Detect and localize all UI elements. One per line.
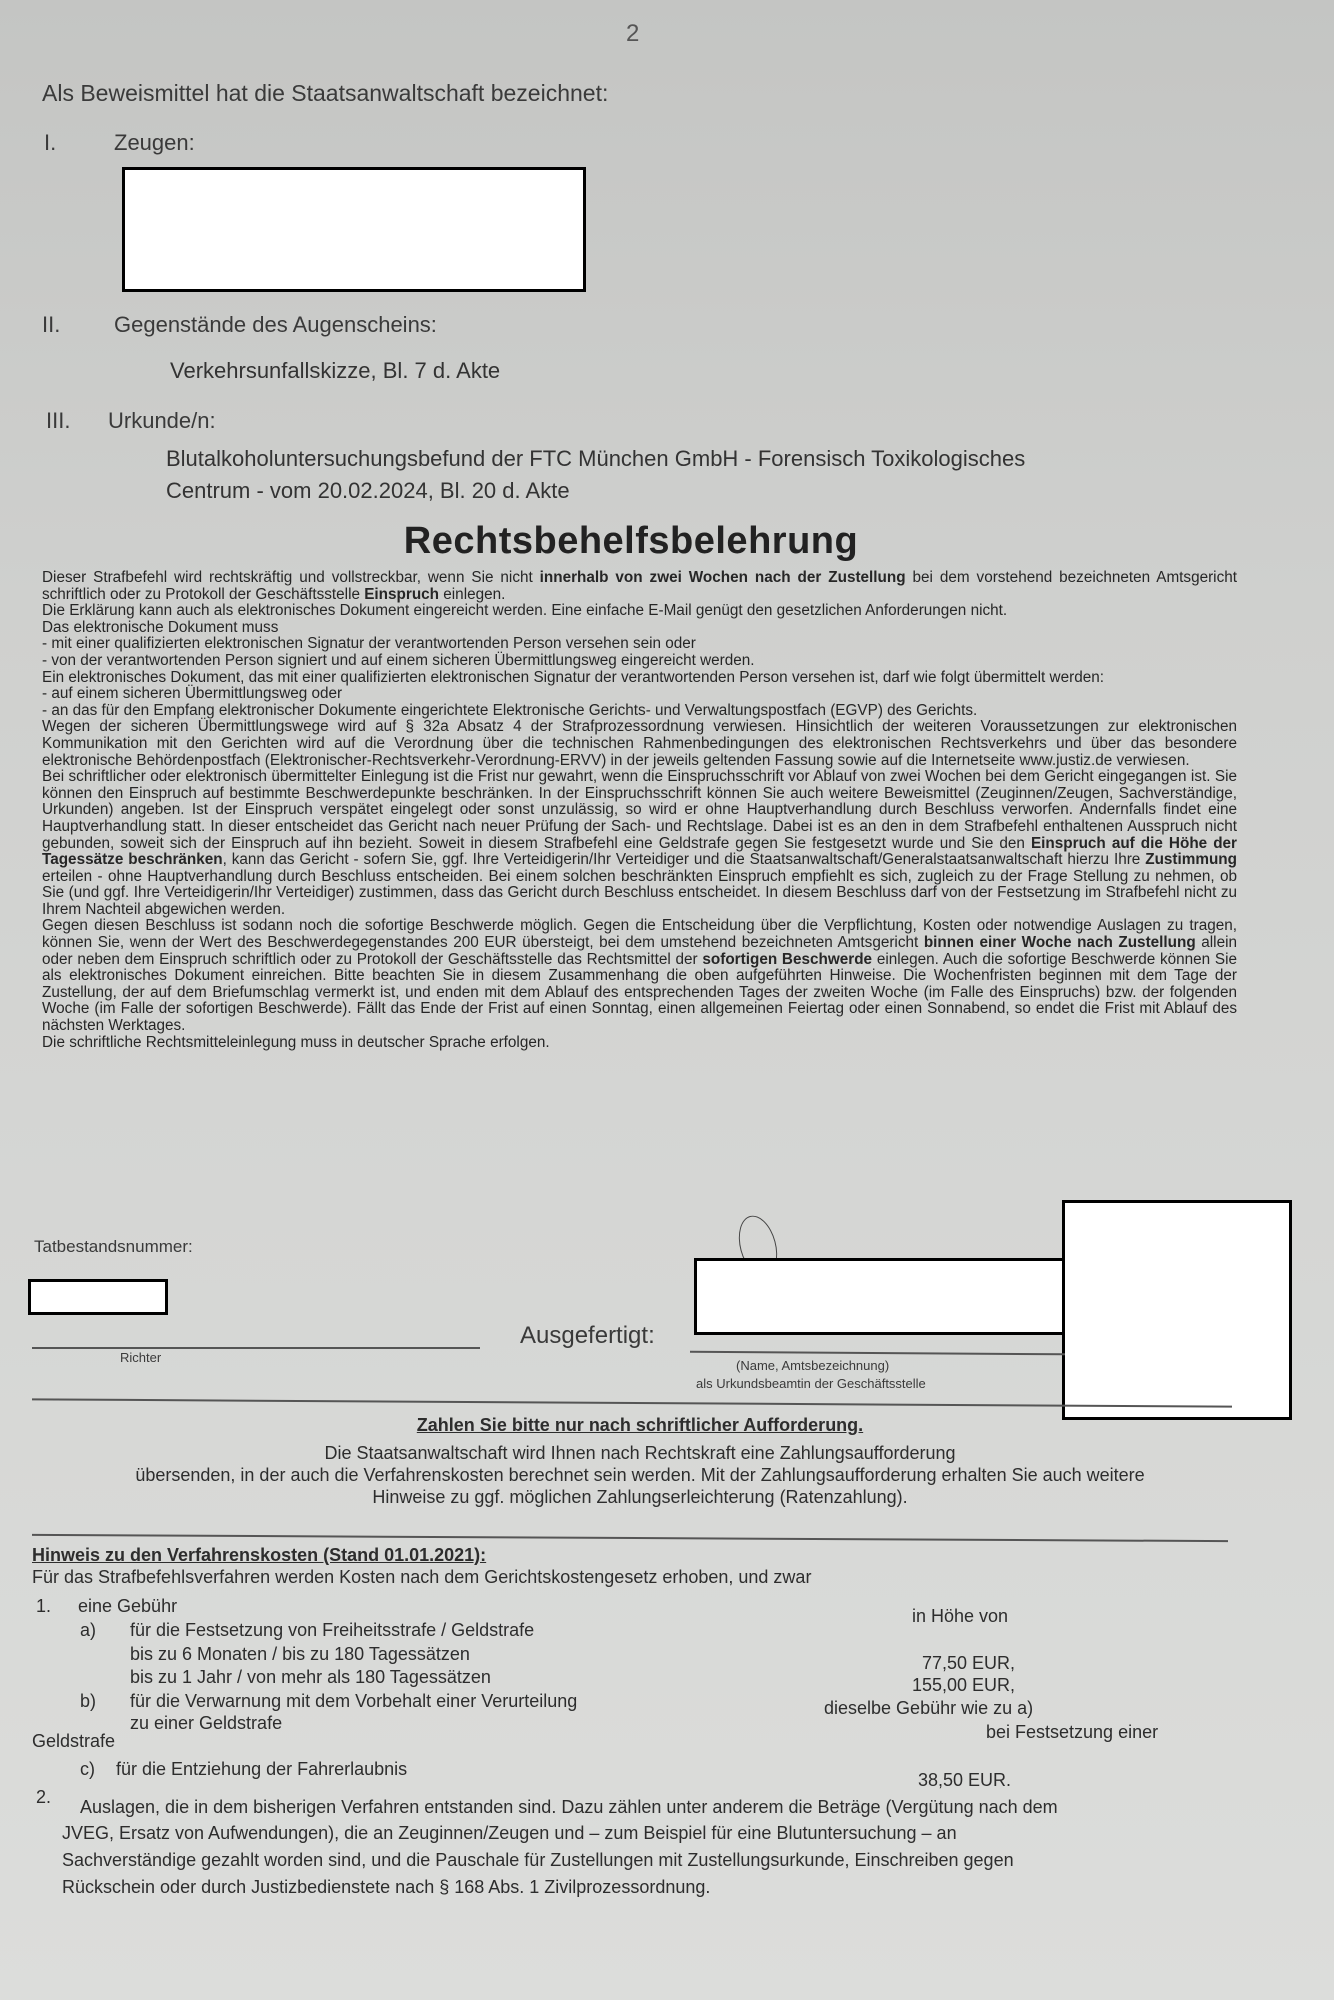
paragraph-transmission: Ein elektronisches Dokument, das mit ein… — [42, 670, 1237, 687]
section-2-title: Gegenstände des Augenscheins: — [114, 312, 437, 338]
divider-1 — [32, 1398, 1232, 1407]
page-number: 2 — [626, 20, 639, 48]
ausgefertigt-label: Ausgefertigt: — [520, 1322, 655, 1350]
section-3-number: III. — [46, 408, 70, 434]
cost-b-text: für die Verwarnung mit dem Vorbehalt ein… — [130, 1691, 577, 1712]
section-3-title: Urkunde/n: — [108, 408, 216, 434]
cost-a-label: a) — [80, 1620, 96, 1641]
legal-notice-title: Rechtsbehelfsbelehrung — [0, 520, 1262, 563]
amount-header: in Höhe von — [912, 1606, 1008, 1627]
cost-a-text: für die Festsetzung von Freiheitsstrafe … — [130, 1620, 534, 1641]
cost-item-1-label: eine Gebühr — [78, 1596, 177, 1617]
section-2-number: II. — [42, 312, 60, 338]
cost-item-2-line-1: Auslagen, die in dem bisherigen Verfahre… — [80, 1797, 1058, 1818]
section-2-content: Verkehrsunfallskizze, Bl. 7 d. Akte — [170, 356, 500, 386]
cost-a-sub-2: bis zu 1 Jahr / von mehr als 180 Tagessä… — [130, 1667, 491, 1688]
payment-heading: Zahlen Sie bitte nur nach schriftlicher … — [40, 1414, 1240, 1436]
section-1-title: Zeugen: — [114, 130, 195, 156]
payment-line-2: übersenden, in der auch die Verfahrensko… — [40, 1464, 1240, 1486]
clerk-role-label: als Urkundsbeamtin der Geschäftsstelle — [696, 1376, 926, 1391]
cost-c-amount: 38,50 EUR. — [918, 1770, 1011, 1791]
paragraph-bullet-4: - an das für den Empfang elektronischer … — [42, 703, 1237, 720]
payment-notice: Zahlen Sie bitte nur nach schriftlicher … — [40, 1414, 1240, 1508]
redacted-stamp — [1062, 1200, 1292, 1420]
legal-notice-body: Dieser Strafbefehl wird rechtskräftig un… — [42, 570, 1237, 1051]
cost-item-2-line-4: Rückschein oder durch Justizbedienstete … — [62, 1877, 710, 1898]
cost-item-2-line-3: Sachverständige gezahlt worden sind, und… — [62, 1850, 1014, 1871]
clerk-signature-line — [690, 1351, 1065, 1356]
cost-c-label: c) — [80, 1759, 95, 1780]
cost-b-label: b) — [80, 1691, 96, 1712]
paragraph-electronic: Die Erklärung kann auch als elektronisch… — [42, 603, 1237, 620]
cost-b-text-2: zu einer Geldstrafe — [130, 1713, 282, 1734]
cost-c-text: für die Entziehung der Fahrerlaubnis — [116, 1759, 407, 1780]
payment-line-3: Hinweise zu ggf. möglichen Zahlungserlei… — [40, 1486, 1240, 1508]
cost-b-amount-2: bei Festsetzung einer — [986, 1722, 1158, 1743]
paragraph-procedure: Bei schriftlicher oder elektronisch über… — [42, 769, 1237, 918]
payment-line-1: Die Staatsanwaltschaft wird Ihnen nach R… — [40, 1442, 1240, 1464]
divider-2 — [32, 1534, 1228, 1542]
redacted-clerk-name — [694, 1258, 1066, 1335]
judge-label: Richter — [120, 1350, 161, 1365]
paragraph-bullet-3: - auf einem sicheren Übermittlungsweg od… — [42, 686, 1237, 703]
cost-b-trailing: Geldstrafe — [32, 1731, 115, 1752]
clerk-name-label: (Name, Amtsbezeichnung) — [736, 1358, 889, 1373]
paragraph-deadline: Dieser Strafbefehl wird rechtskräftig un… — [42, 570, 1237, 603]
cost-item-1-number: 1. — [36, 1596, 51, 1617]
paragraph-appeal: Gegen diesen Beschluss ist sodann noch d… — [42, 918, 1237, 1034]
section-3-content-2: Centrum - vom 20.02.2024, Bl. 20 d. Akte — [166, 476, 570, 506]
cost-a-sub-2-amount: 155,00 EUR, — [912, 1675, 1015, 1696]
cost-item-2-number: 2. — [36, 1787, 51, 1808]
redacted-witness — [122, 167, 586, 292]
costs-heading: Hinweis zu den Verfahrenskosten (Stand 0… — [32, 1545, 486, 1566]
costs-intro: Für das Strafbefehlsverfahren werden Kos… — [32, 1567, 811, 1588]
paragraph-language: Die schriftliche Rechtsmitteleinlegung m… — [42, 1035, 1237, 1052]
paragraph-references: Wegen der sicheren Übermittlungswege wir… — [42, 719, 1237, 769]
cost-a-sub-1-amount: 77,50 EUR, — [922, 1653, 1015, 1674]
section-1-number: I. — [44, 130, 56, 156]
paragraph-bullet-2: - von der verantwortenden Person signier… — [42, 653, 1237, 670]
cost-b-amount: dieselbe Gebühr wie zu a) — [824, 1698, 1033, 1719]
cost-a-sub-1: bis zu 6 Monaten / bis zu 180 Tagessätze… — [130, 1644, 470, 1665]
paragraph-bullet-1: - mit einer qualifizierten elektronische… — [42, 636, 1237, 653]
paragraph-doc-must: Das elektronische Dokument muss — [42, 620, 1237, 637]
cost-item-2-line-2: JVEG, Ersatz von Aufwendungen), die an Z… — [62, 1823, 957, 1844]
evidence-intro: Als Beweismittel hat die Staatsanwaltsch… — [42, 80, 608, 107]
redacted-tatbestand-number — [28, 1279, 168, 1315]
section-3-content-1: Blutalkoholuntersuchungsbefund der FTC M… — [166, 444, 1025, 474]
tatbestand-label: Tatbestandsnummer: — [34, 1237, 193, 1257]
judge-signature-line — [32, 1347, 480, 1349]
